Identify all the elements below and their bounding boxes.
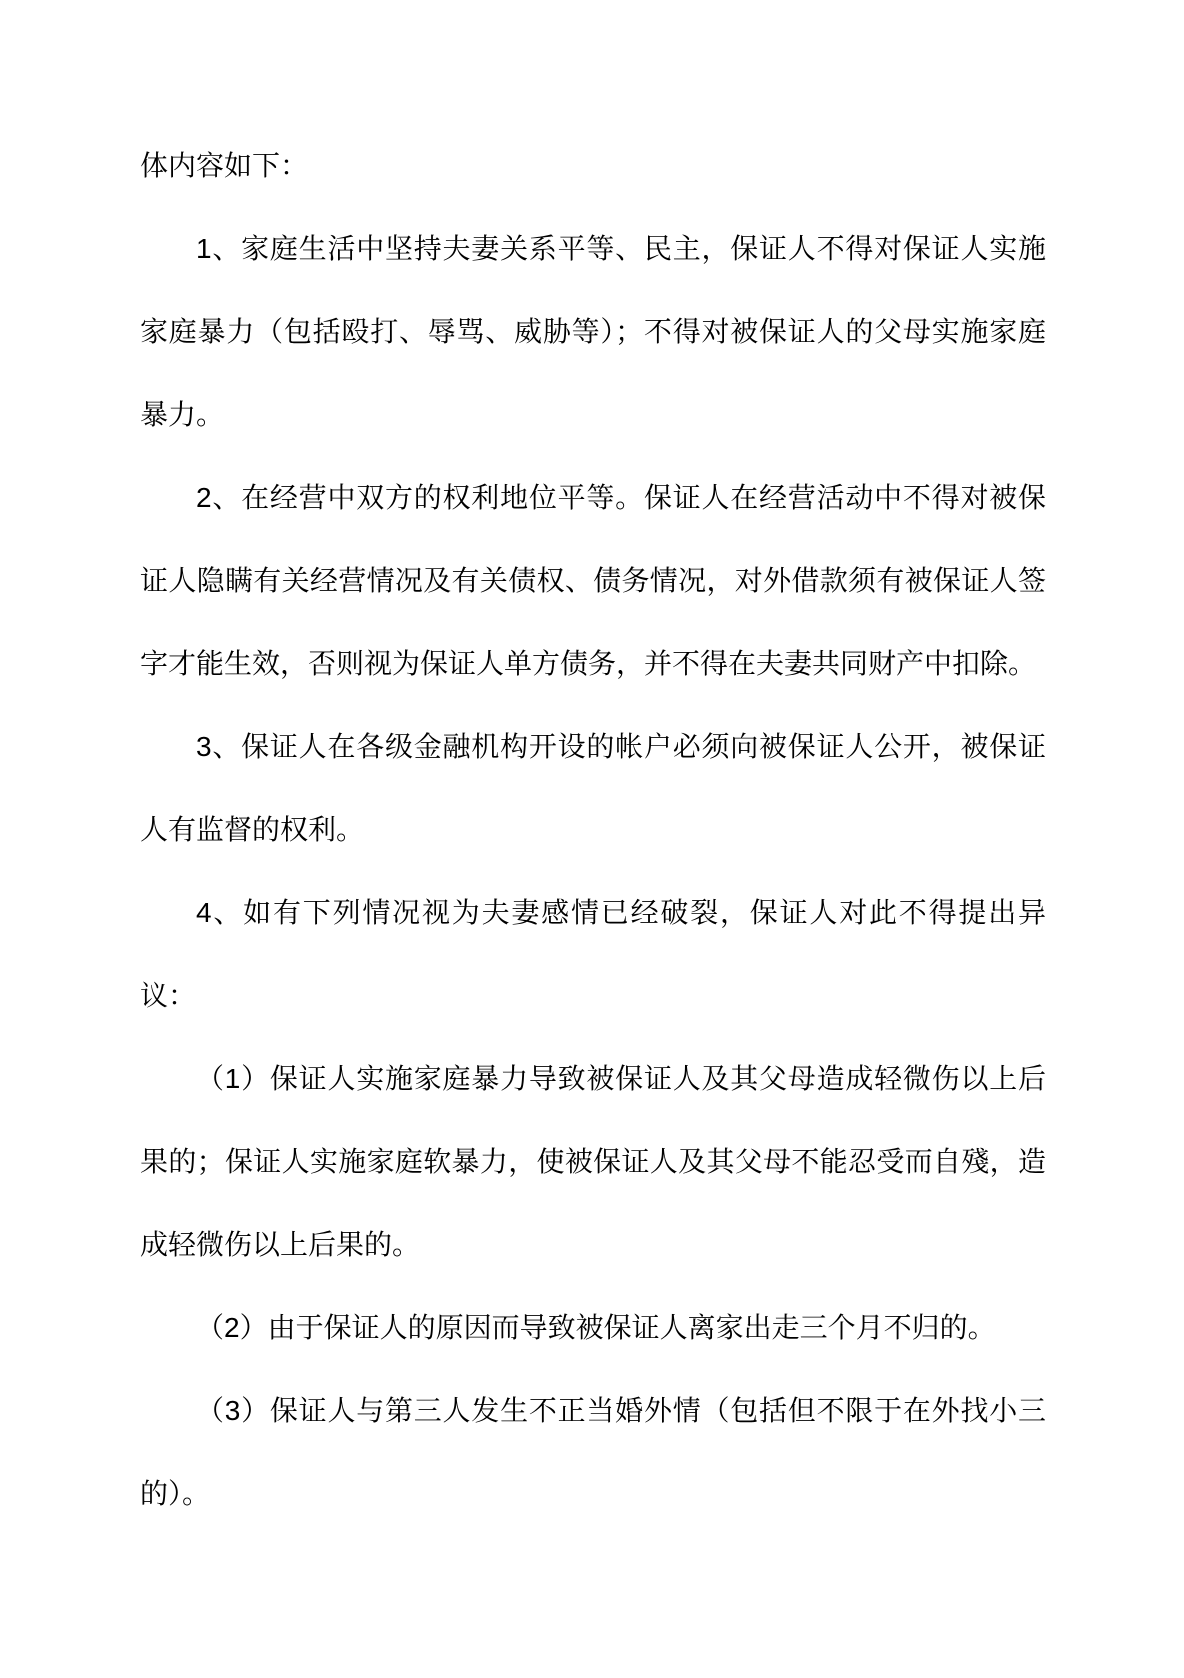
text-line: （1）保证人实施家庭暴力导致被保证人及其父母造成轻微伤以上后: [140, 1037, 1046, 1120]
text-line: 4、如有下列情况视为夫妻感情已经破裂，保证人对此不得提出异: [140, 871, 1046, 954]
text-line: 体内容如下：: [140, 124, 1046, 207]
text-line: 议：: [140, 954, 1046, 1037]
text-line: 成轻微伤以上后果的。: [140, 1203, 1046, 1286]
text-line: 2、在经营中双方的权利地位平等。保证人在经营活动中不得对被保: [140, 456, 1046, 539]
text-line: （2）由于保证人的原因而导致被保证人离家出走三个月不归的。: [140, 1286, 1046, 1369]
text-line: 证人隐瞒有关经营情况及有关债权、债务情况，对外借款须有被保证人签: [140, 539, 1046, 622]
text-line: 家庭暴力（包括殴打、辱骂、威胁等）；不得对被保证人的父母实施家庭: [140, 290, 1046, 373]
text-line: 字才能生效，否则视为保证人单方债务，并不得在夫妻共同财产中扣除。: [140, 622, 1046, 705]
text-line: 果的；保证人实施家庭软暴力，使被保证人及其父母不能忍受而自殘，造: [140, 1120, 1046, 1203]
document-page: 体内容如下：1、家庭生活中坚持夫妻关系平等、民主，保证人不得对保证人实施家庭暴力…: [0, 0, 1184, 1678]
text-line: 人有监督的权利。: [140, 788, 1046, 871]
text-line: 的）。: [140, 1452, 1046, 1535]
text-line: 暴力。: [140, 373, 1046, 456]
document-body: 体内容如下：1、家庭生活中坚持夫妻关系平等、民主，保证人不得对保证人实施家庭暴力…: [140, 124, 1046, 1535]
document-canvas: { "page": { "background_color": "#ffffff…: [0, 0, 1184, 1678]
text-line: 1、家庭生活中坚持夫妻关系平等、民主，保证人不得对保证人实施: [140, 207, 1046, 290]
text-line: 3、保证人在各级金融机构开设的帐户必须向被保证人公开，被保证: [140, 705, 1046, 788]
text-line: （3）保证人与第三人发生不正当婚外情（包括但不限于在外找小三: [140, 1369, 1046, 1452]
